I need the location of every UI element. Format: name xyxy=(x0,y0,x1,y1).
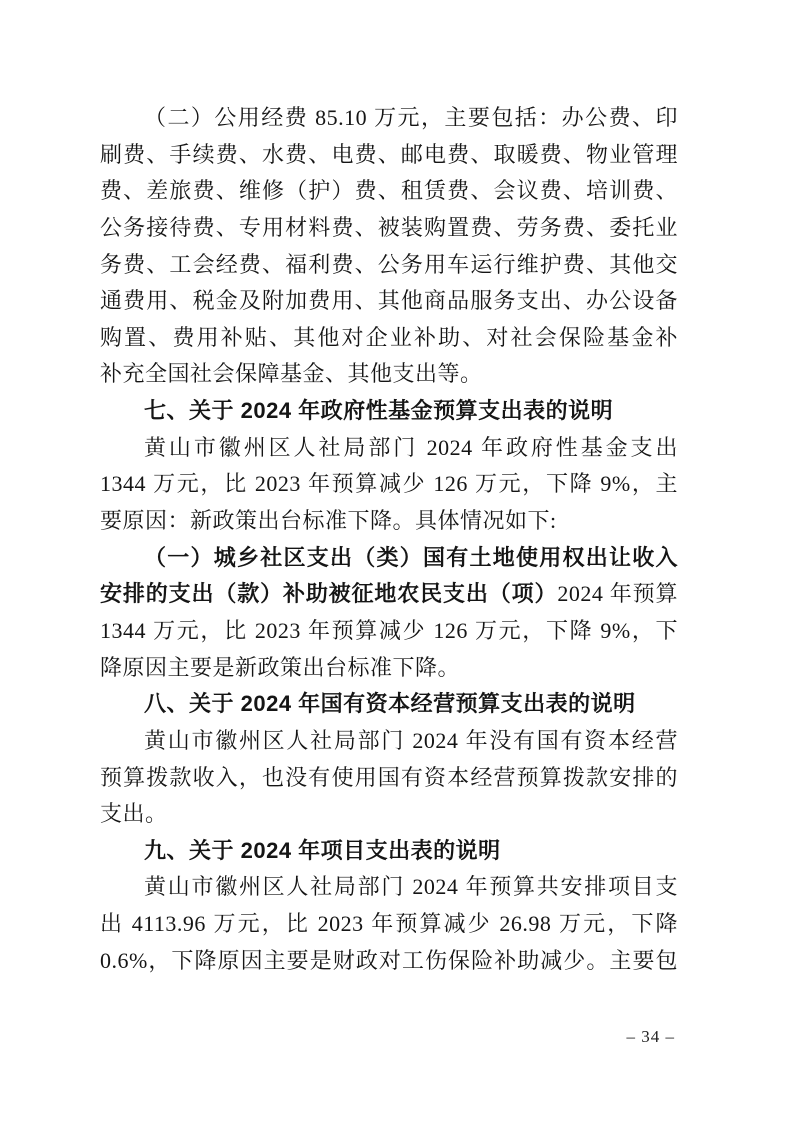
text-line: 出 4113.96 万元，比 2023 年预算减少 26.98 万元，下降 xyxy=(100,906,678,943)
text-line: 1344 万元，比 2023 年预算减少 126 万元，下降 9%，主 xyxy=(100,466,678,503)
text-line: 公务接待费、专用材料费、被装购置费、劳务费、委托业 xyxy=(100,210,678,247)
text-line: 购置、费用补贴、其他对企业补助、对社会保险基金补助、 xyxy=(100,320,678,357)
document-body: （二）公用经费 85.10 万元，主要包括：办公费、印 刷费、手续费、水费、电费… xyxy=(100,100,678,979)
paragraph-section-7: 黄山市徽州区人社局部门 2024 年政府性基金支出 1344 万元，比 2023… xyxy=(100,430,678,540)
text-line: 通费用、税金及附加费用、其他商品服务支出、办公设备 xyxy=(100,283,678,320)
text-line: 降原因主要是新政策出台标准下降。 xyxy=(100,650,678,687)
text-line: 黄山市徽州区人社局部门 2024 年没有国有资本经营 xyxy=(100,723,678,760)
bold-run: 安排的支出（款）补助被征地农民支出（项） xyxy=(100,581,557,606)
text-line: 黄山市徽州区人社局部门 2024 年预算共安排项目支 xyxy=(100,869,678,906)
paragraph-section-9: 黄山市徽州区人社局部门 2024 年预算共安排项目支 出 4113.96 万元，… xyxy=(100,869,678,979)
text-line: 支出。 xyxy=(100,796,678,833)
page-number: – 34 – xyxy=(627,1026,676,1048)
text-line: 黄山市徽州区人社局部门 2024 年政府性基金支出 xyxy=(100,430,678,467)
section-heading-7: 七、关于 2024 年政府性基金预算支出表的说明 xyxy=(100,393,678,430)
text-line: 0.6%，下降原因主要是财政对工伤保险补助减少。主要包 xyxy=(100,943,678,980)
text-line: 1344 万元，比 2023 年预算减少 126 万元，下降 9%，下 xyxy=(100,613,678,650)
paragraph-item-1: （一）城乡社区支出（类）国有土地使用权出让收入 安排的支出（款）补助被征地农民支… xyxy=(100,540,678,687)
text-line: 预算拨款收入，也没有使用国有资本经营预算拨款安排的 xyxy=(100,760,678,797)
text-line: 费、差旅费、维修（护）费、租赁费、会议费、培训费、 xyxy=(100,173,678,210)
paragraph-section-8: 黄山市徽州区人社局部门 2024 年没有国有资本经营 预算拨款收入，也没有使用国… xyxy=(100,723,678,833)
text-line: 刷费、手续费、水费、电费、邮电费、取暖费、物业管理 xyxy=(100,137,678,174)
text-line: （二）公用经费 85.10 万元，主要包括：办公费、印 xyxy=(100,100,678,137)
regular-run: 2024 年预算 xyxy=(557,581,678,606)
text-line: （一）城乡社区支出（类）国有土地使用权出让收入 xyxy=(100,540,678,577)
text-line: 补充全国社会保障基金、其他支出等。 xyxy=(100,356,678,393)
text-line: 要原因：新政策出台标准下降。具体情况如下: xyxy=(100,503,678,540)
paragraph-public-funds: （二）公用经费 85.10 万元，主要包括：办公费、印 刷费、手续费、水费、电费… xyxy=(100,100,678,393)
section-heading-8: 八、关于 2024 年国有资本经营预算支出表的说明 xyxy=(100,686,678,723)
text-line: 务费、工会经费、福利费、公务用车运行维护费、其他交 xyxy=(100,247,678,284)
section-heading-9: 九、关于 2024 年项目支出表的说明 xyxy=(100,833,678,870)
text-line: 安排的支出（款）补助被征地农民支出（项）2024 年预算 xyxy=(100,576,678,613)
